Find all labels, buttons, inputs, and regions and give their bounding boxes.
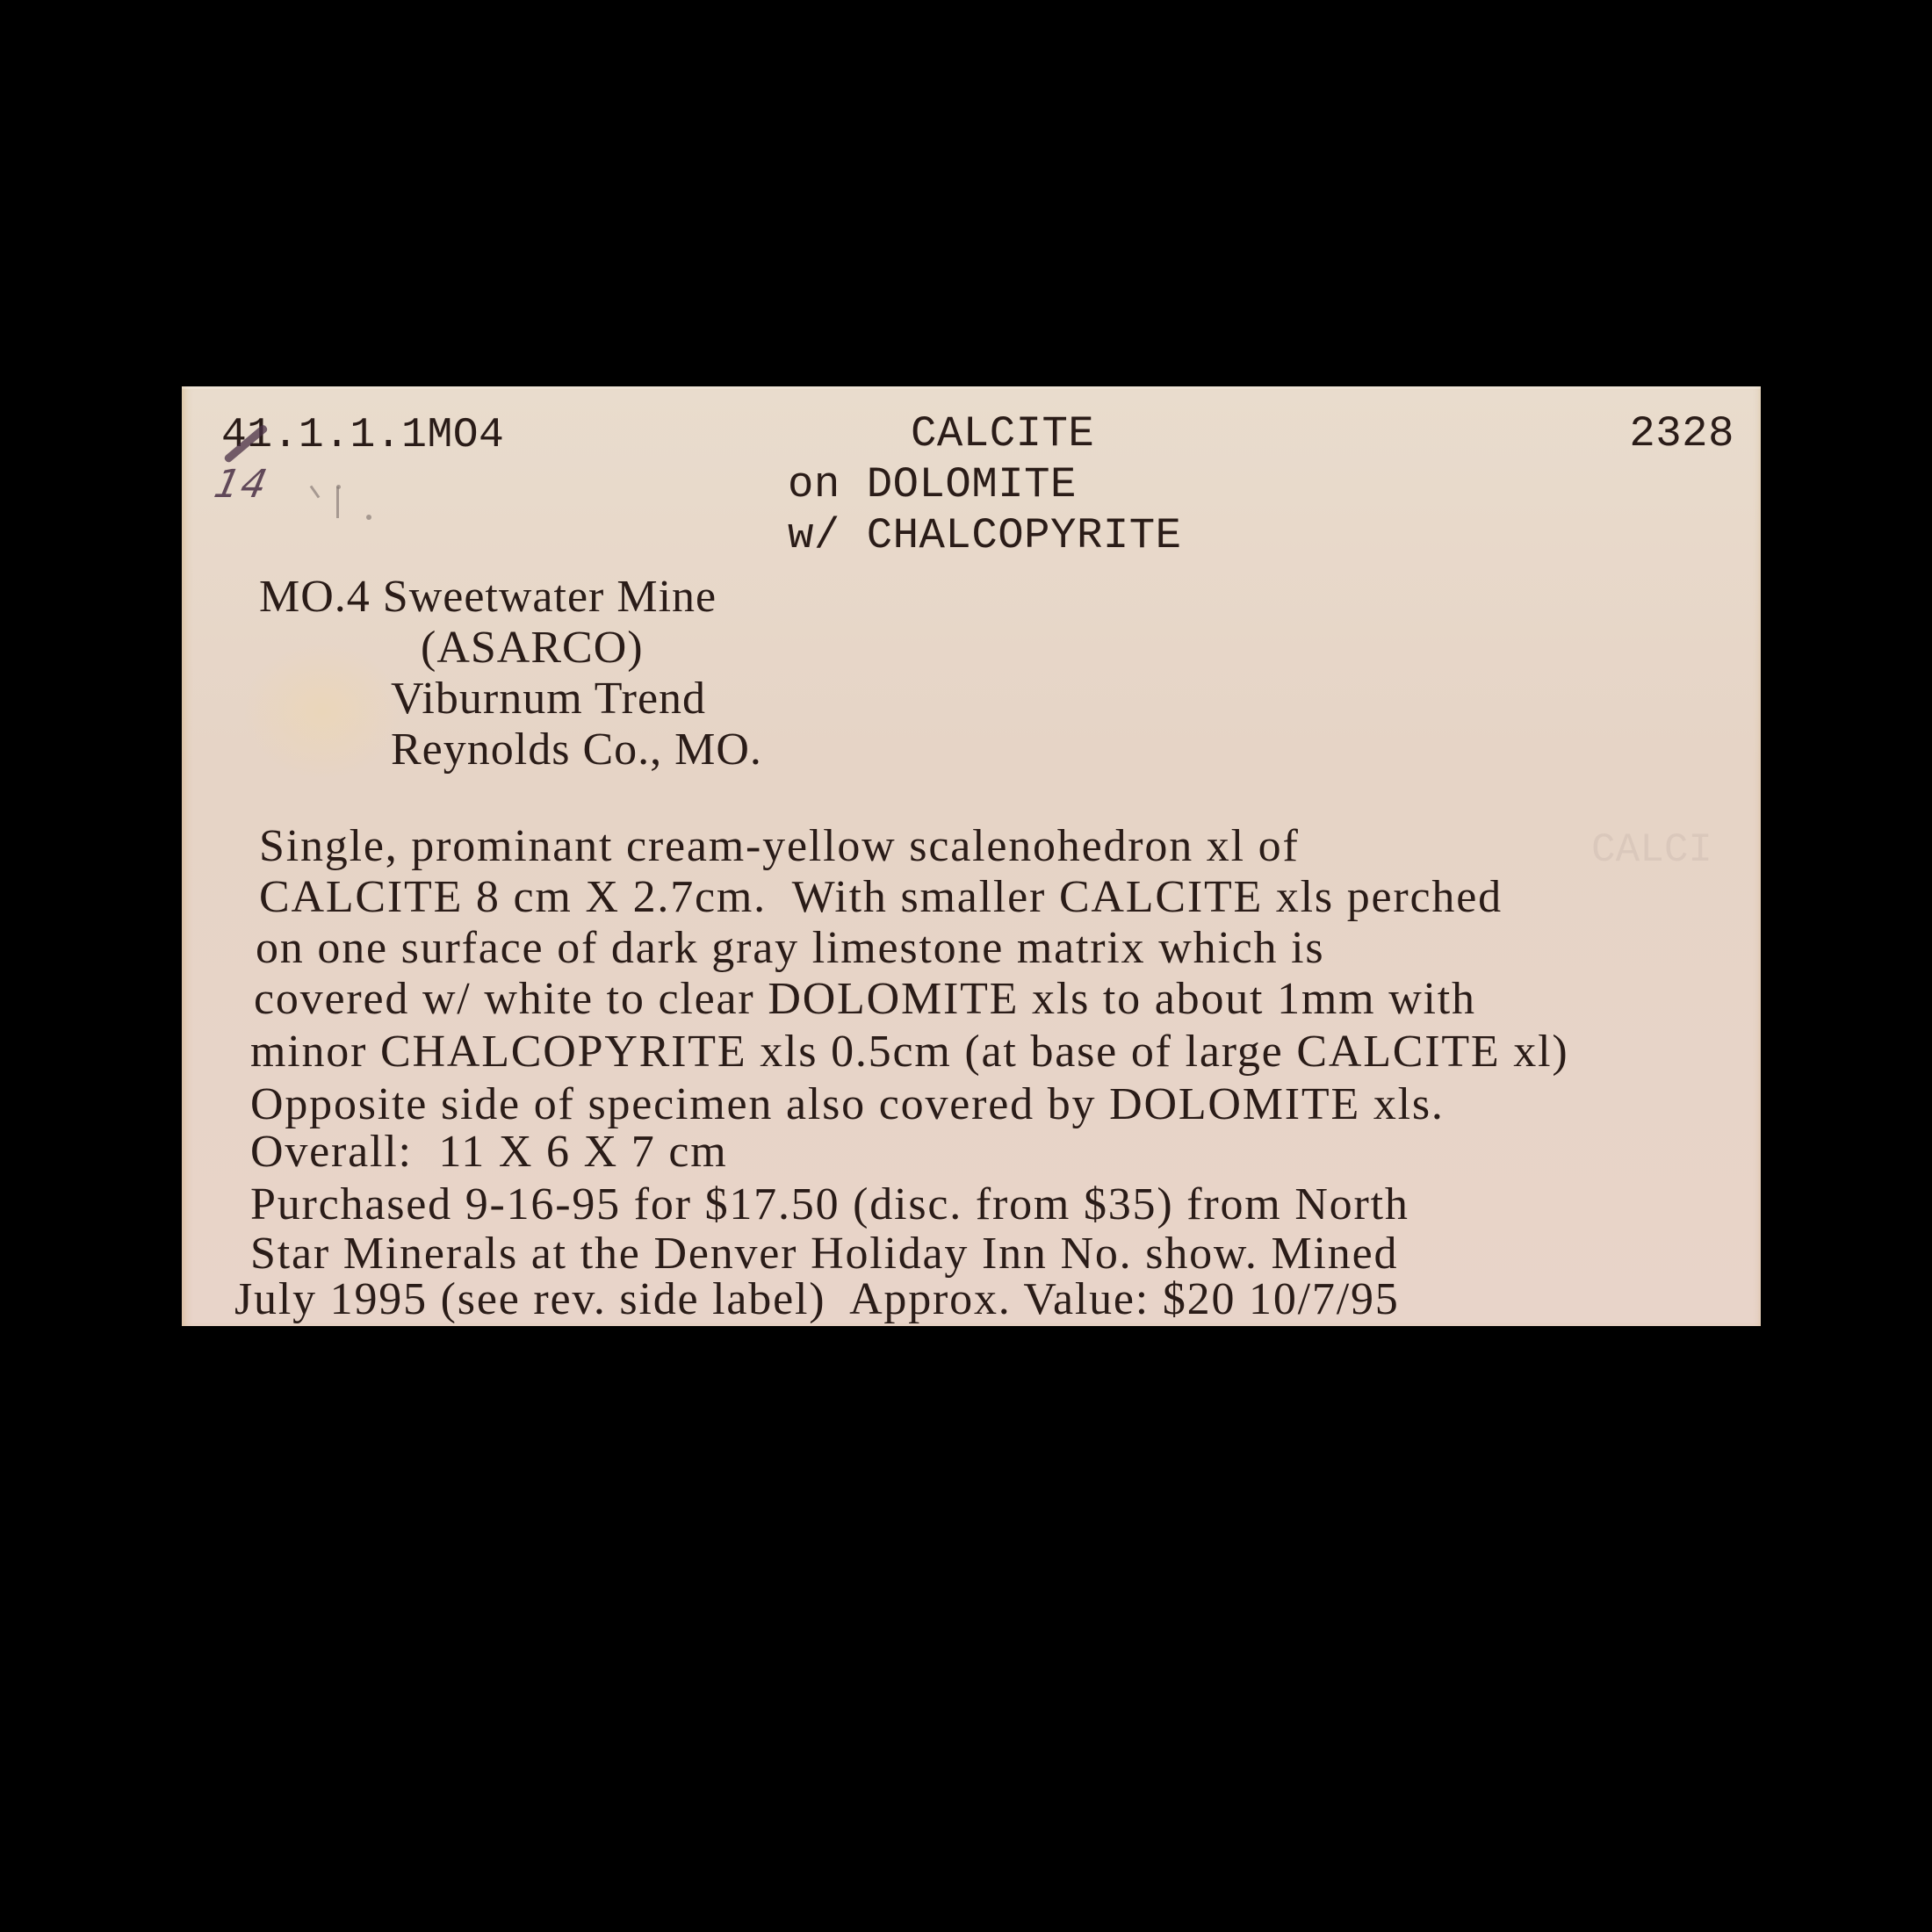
description-line: covered w/ white to clear DOLOMITE xls t…	[254, 977, 1476, 1022]
locality-company: (ASARCO)	[421, 625, 644, 671]
description-line: Opposite side of specimen also covered b…	[250, 1082, 1445, 1128]
specimen-number: 2328	[1629, 413, 1734, 456]
mineral-subtitle-matrix: on DOLOMITE	[788, 464, 1077, 507]
value-date-line: July 1995 (see rev. side label) Approx. …	[234, 1277, 1400, 1323]
description-line: minor CHALCOPYRITE xls 0.5cm (at base of…	[250, 1029, 1568, 1075]
purchase-info-line: Star Minerals at the Denver Holiday Inn …	[250, 1231, 1398, 1277]
description-line: Single, prominant cream-yellow scalenohe…	[259, 824, 1300, 869]
specimen-label-card: 41.1.1.1MO4 14 CALCITE on DOLOMITE w/ CH…	[182, 386, 1761, 1326]
overall-dimensions: Overall: 11 X 6 X 7 cm	[250, 1129, 727, 1175]
description-line: on one surface of dark gray limestone ma…	[256, 926, 1324, 971]
locality-district: Viburnum Trend	[391, 676, 706, 722]
pencil-marks	[314, 485, 384, 520]
locality-county: Reynolds Co., MO.	[391, 727, 762, 773]
description-line: CALCITE 8 cm X 2.7cm. With smaller CALCI…	[259, 875, 1503, 920]
handwritten-correction: 14	[211, 462, 273, 507]
mineral-title: CALCITE	[911, 413, 1094, 456]
purchase-info-line: Purchased 9-16-95 for $17.50 (disc. from…	[250, 1182, 1409, 1228]
locality-mine: MO.4 Sweetwater Mine	[259, 574, 717, 620]
mineral-subtitle-associated: w/ CHALCOPYRITE	[788, 515, 1182, 558]
erased-ghost-text: CALCI	[1591, 827, 1712, 873]
catalog-code: 41.1.1.1MO4	[221, 415, 504, 457]
paper-stain	[243, 641, 401, 782]
